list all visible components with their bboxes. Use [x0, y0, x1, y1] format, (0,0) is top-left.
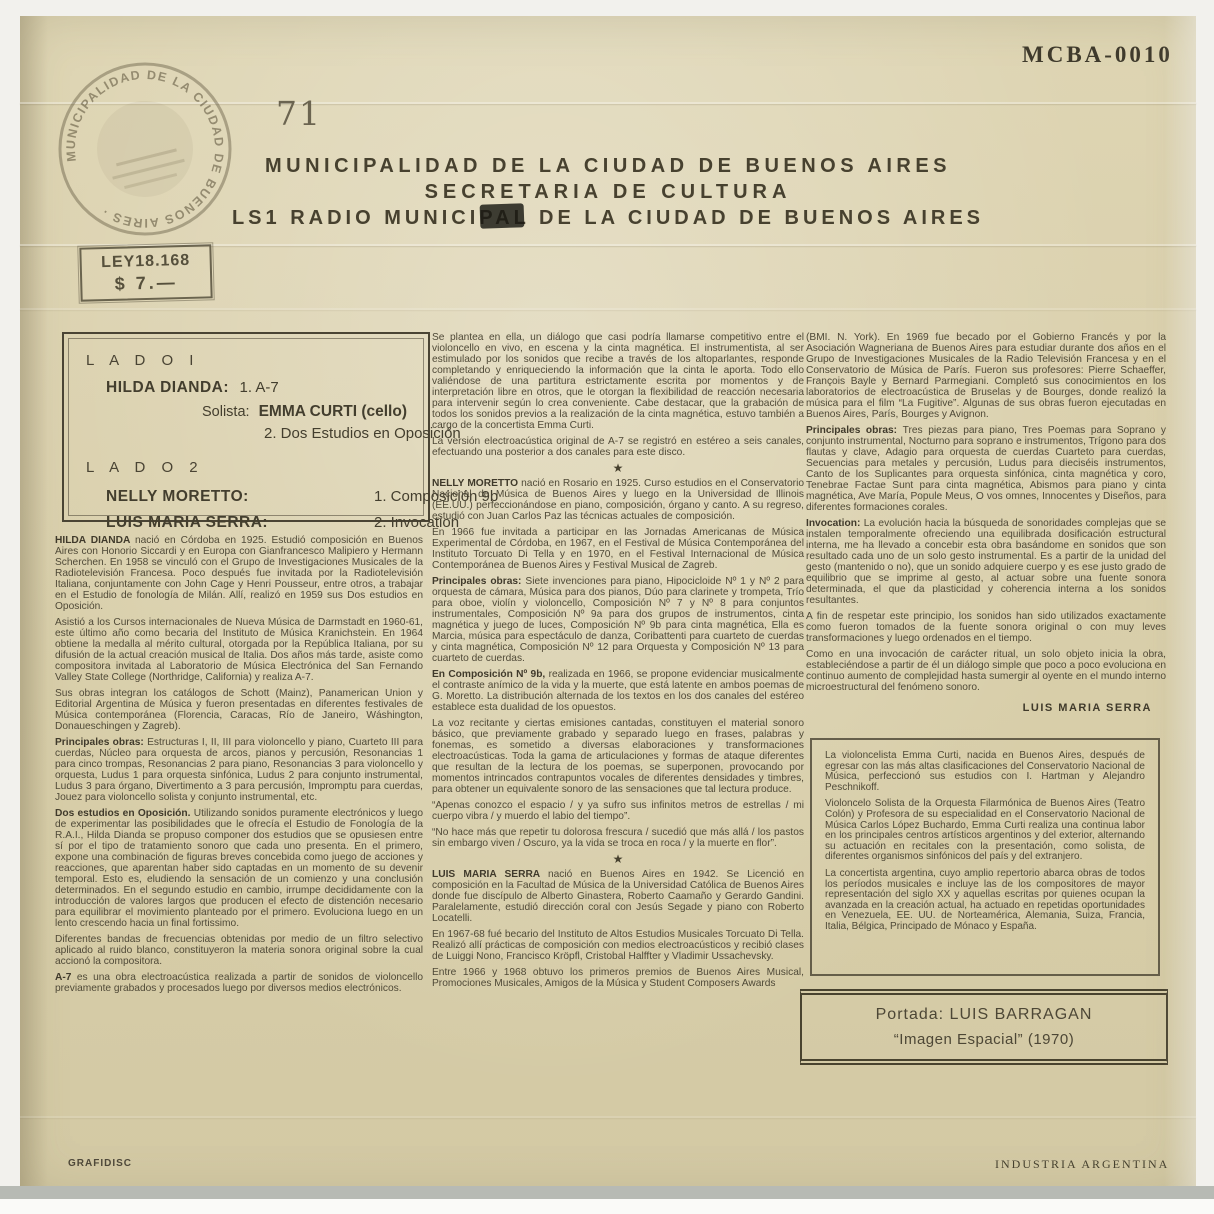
paragraph: Diferentes bandas de frecuencias obtenid… [55, 934, 423, 967]
paragraph: En 1967-68 fué becario del Instituto de … [432, 929, 804, 962]
paragraph: Asistió a los Cursos internacionales de … [55, 617, 423, 683]
paragraph: NELLY MORETTO nació en Rosario en 1925. … [432, 478, 804, 522]
cover-art-credit: Portada: LUIS BARRAGAN [802, 1006, 1166, 1024]
bio-column-right: (BMI. N. York). En 1969 fue becado por e… [806, 332, 1166, 714]
paragraph: A fin de respetar este principio, los so… [806, 611, 1166, 644]
price-stamp: LEY18.168 $ 7.— [79, 244, 212, 301]
fold-crease [20, 308, 1196, 310]
track-title: 1. A-7 [239, 379, 278, 396]
bio-column-hilda-dianda: HILDA DIANDA nació en Córdoba en 1925. E… [55, 535, 423, 999]
price-stamp-amount: $ 7.— [82, 271, 211, 295]
scan-edge-band [0, 1186, 1214, 1199]
paragraph: Entre 1966 y 1968 obtuvo los primeros pr… [432, 967, 804, 989]
title-line-3: LS1 RADIO MUNICIPAL DE LA CIUDAD DE BUEN… [20, 205, 1196, 231]
paragraph: Como en una invocación de carácter ritua… [806, 649, 1166, 693]
side-1-label: L A D O I [86, 352, 428, 369]
artist-name: HILDA DIANDA: [106, 379, 229, 396]
tracklist-row: Solista: EMMA CURTI (cello) [202, 403, 428, 421]
page-number: 71 [276, 94, 322, 133]
side-2-label: L A D O 2 [86, 459, 428, 476]
tracklist-row: HILDA DIANDA: 1. A-7 [106, 379, 428, 397]
title-line-1: MUNICIPALIDAD DE LA CIUDAD DE BUENOS AIR… [20, 153, 1196, 179]
paragraph: Sus obras integran los catálogos de Scho… [55, 688, 423, 732]
soloist-name: EMMA CURTI (cello) [259, 403, 407, 420]
paragraph: Invocation: La evolución hacia la búsque… [806, 518, 1166, 606]
artist-name: LUIS MARIA SERRA: [106, 514, 268, 531]
paragraph: LUIS MARIA SERRA nació en Buenos Aires e… [432, 869, 804, 924]
price-stamp-law: LEY18.168 [81, 251, 209, 272]
tracklist-row: LUIS MARIA SERRA: 2. Invocation [106, 514, 428, 532]
fold-crease [20, 1116, 1196, 1118]
paragraph: A-7 es una obra electroacústica realizad… [55, 972, 423, 994]
paragraph: Principales obras: Siete invenciones par… [432, 576, 804, 664]
paragraph: “No hace más que repetir tu dolorosa fre… [432, 827, 804, 849]
album-back-cover: MUNICIPALIDAD DE LA CIUDAD DE BUENOS AIR… [20, 16, 1196, 1196]
paragraph: La concertista argentina, cuyo amplio re… [825, 869, 1145, 933]
paragraph: HILDA DIANDA nació en Córdoba en 1925. E… [55, 535, 423, 612]
cover-art-credit-box: Portada: LUIS BARRAGAN “Imagen Espacial”… [800, 989, 1168, 1065]
paragraph: Principales obras: Estructuras I, II, II… [55, 737, 423, 803]
bio-column-center: Se plantea en ella, un diálogo que casi … [432, 332, 804, 994]
scan-edge-white [0, 1199, 1214, 1214]
paragraph: La versión electroacústica original de A… [432, 436, 804, 458]
artist-name: NELLY MORETTO: [106, 488, 249, 505]
emma-curti-bio-box: La violoncelista Emma Curti, nacida en B… [810, 738, 1160, 976]
tracklist-row: 2. Dos Estudios en Oposición [264, 425, 428, 443]
paragraph: La violoncelista Emma Curti, nacida en B… [825, 751, 1145, 793]
ink-smudge [480, 203, 525, 229]
tracklist-box: L A D O I HILDA DIANDA: 1. A-7 Solista: … [62, 332, 430, 522]
paragraph: Violoncelo Solista de la Orquesta Filarm… [825, 799, 1145, 863]
signature: LUIS MARIA SERRA [806, 703, 1152, 714]
country-of-manufacture: INDUSTRIA ARGENTINA [995, 1157, 1169, 1172]
tracklist-row: NELLY MORETTO: 1. Composición 9b [106, 488, 428, 506]
paragraph: “Apenas conozco el espacio / y ya sufro … [432, 800, 804, 822]
paragraph: Dos estudios en Oposición. Utilizando so… [55, 808, 423, 929]
title-line-2: SECRETARIA DE CULTURA [20, 179, 1196, 205]
star-separator: ★ [432, 854, 804, 865]
paragraph: En Composición Nº 9b, realizada en 1966,… [432, 669, 804, 713]
paragraph: Principales obras: Tres piezas para pian… [806, 425, 1166, 513]
paragraph: La voz recitante y ciertas emisiones can… [432, 718, 804, 795]
paragraph: Se plantea en ella, un diálogo que casi … [432, 332, 804, 431]
catalog-number: MCBA-0010 [1022, 42, 1173, 68]
header-titles: MUNICIPALIDAD DE LA CIUDAD DE BUENOS AIR… [20, 153, 1196, 231]
cover-art-title: “Imagen Espacial” (1970) [802, 1031, 1166, 1048]
paragraph: En 1966 fue invitada a participar en las… [432, 527, 804, 571]
soloist-label: Solista: [202, 404, 250, 420]
paragraph: (BMI. N. York). En 1969 fue becado por e… [806, 332, 1166, 420]
star-separator: ★ [432, 463, 804, 474]
printer-credit: GRAFIDISC [68, 1158, 132, 1169]
